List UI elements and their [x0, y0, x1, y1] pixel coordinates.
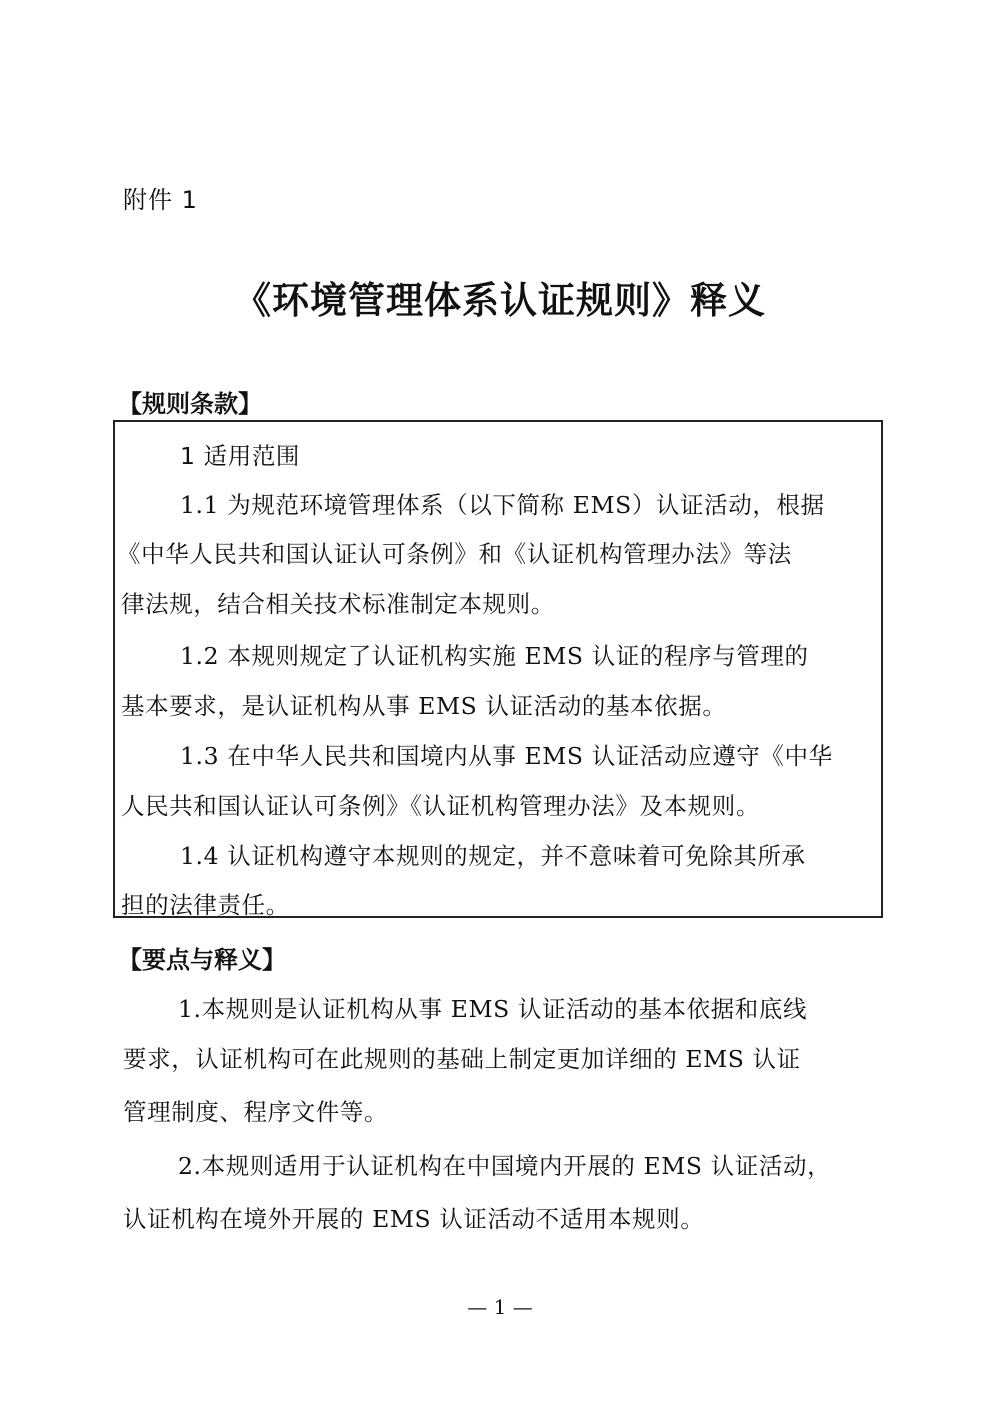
rules-line: 基本要求，是认证机构从事 EMS 认证活动的基本依据。 — [121, 687, 726, 721]
rules-line: 人民共和国认证认可条例》《认证机构管理办法》及本规则。 — [121, 787, 760, 821]
rules-section-heading: 【规则条款】 — [118, 384, 262, 419]
document-title: 《环境管理体系认证规则》释义 — [0, 270, 1000, 324]
page-number: — 1 — — [0, 1295, 1000, 1319]
rules-line: 《中华人民共和国认证认可条例》和《认证机构管理办法》等法 — [117, 535, 792, 569]
rules-line: 1.4 认证机构遵守本规则的规定，并不意味着可免除其所承 — [125, 837, 806, 871]
rules-line: 律法规，结合相关技术标准制定本规则。 — [121, 585, 555, 619]
attachment-label: 附件 1 — [123, 180, 198, 215]
interpretation-section-heading: 【要点与释义】 — [118, 940, 286, 975]
rules-line: 1 适用范围 — [125, 437, 300, 471]
interpretation-line: 认证机构在境外开展的 EMS 认证活动不适用本规则。 — [123, 1200, 704, 1234]
rules-line: 担的法律责任。 — [121, 886, 290, 920]
rules-line: 1.2 本规则规定了认证机构实施 EMS 认证的程序与管理的 — [125, 637, 809, 671]
rules-box: 1 适用范围 1.1 为规范环境管理体系（以下简称 EMS）认证活动，根据 《中… — [113, 420, 883, 918]
interpretation-line: 2.本规则适用于认证机构在中国境内开展的 EMS 认证活动， — [123, 1147, 831, 1181]
interpretation-line: 管理制度、程序文件等。 — [123, 1093, 388, 1127]
rules-line: 1.3 在中华人民共和国境内从事 EMS 认证活动应遵守《中华 — [125, 737, 833, 771]
interpretation-line: 1.本规则是认证机构从事 EMS 认证活动的基本依据和底线 — [123, 990, 807, 1024]
interpretation-line: 要求，认证机构可在此规则的基础上制定更加详细的 EMS 认证 — [123, 1040, 801, 1074]
rules-line: 1.1 为规范环境管理体系（以下简称 EMS）认证活动，根据 — [125, 486, 825, 520]
